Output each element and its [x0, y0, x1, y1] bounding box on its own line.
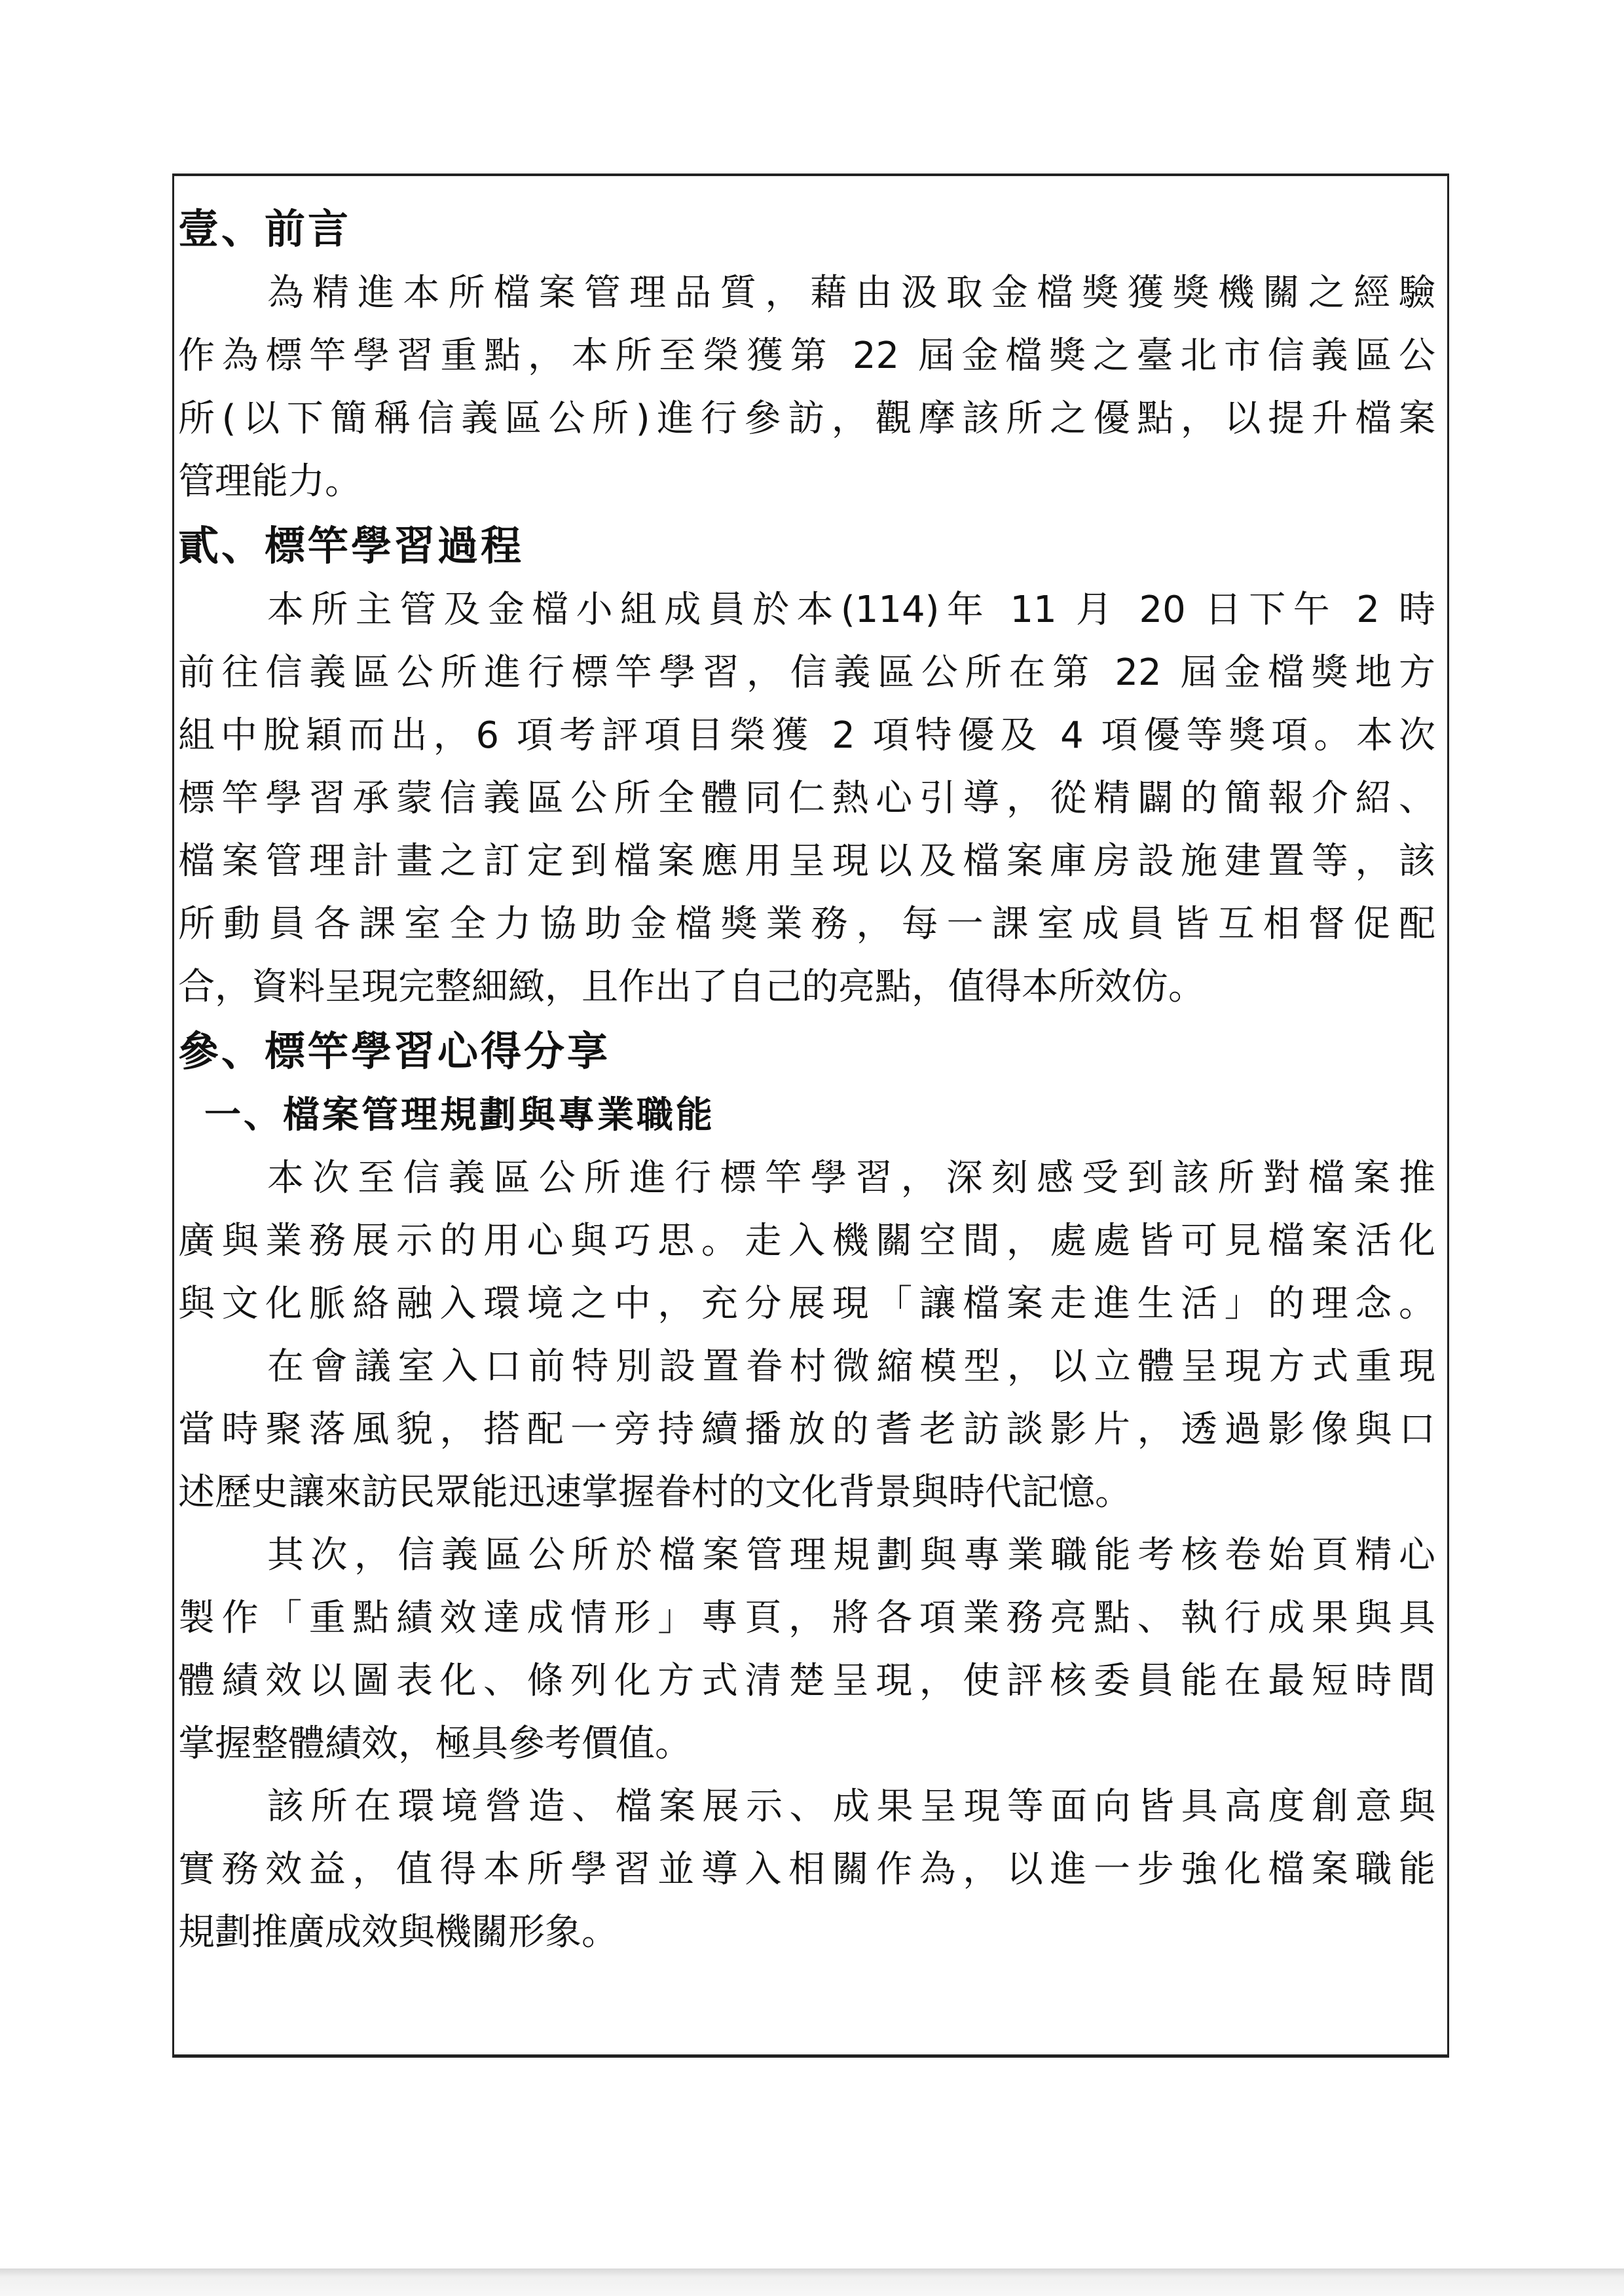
text-line: 合，資料呈現完整細緻，且作出了自己的亮點，值得本所效仿。	[178, 956, 1435, 1019]
document-body: 壹、前言 為精進本所檔案管理品質，藉由汲取金檔獎獲獎機關之經驗 作為標竿學習重點…	[178, 196, 1442, 1964]
text-line: 為精進本所檔案管理品質，藉由汲取金檔獎獲獎機關之經驗	[178, 262, 1435, 325]
text-line: 所(以下簡稱信義區公所)進行參訪，觀摩該所之優點，以提升檔案	[178, 388, 1435, 450]
text-line: 廣與業務展示的用心與巧思。走入機關空間，處處皆可見檔案活化	[178, 1210, 1435, 1273]
text-line: 作為標竿學習重點，本所至榮獲第 22 屆金檔獎之臺北市信義區公	[178, 325, 1435, 388]
process-paragraph: 本所主管及金檔小組成員於本(114)年 11 月 20 日下午 2 時 前往信義…	[178, 579, 1442, 1019]
text-line: 所動員各課室全力協助金檔獎業務，每一課室成員皆互相督促配	[178, 893, 1435, 956]
insights-paragraph-1: 本次至信義區公所進行標竿學習，深刻感受到該所對檔案推 廣與業務展示的用心與巧思。…	[178, 1147, 1442, 1336]
text-line: 體績效以圖表化、條列化方式清楚呈現，使評核委員能在最短時間	[178, 1650, 1435, 1713]
text-line: 該所在環境營造、檔案展示、成果呈現等面向皆具高度創意與	[178, 1776, 1435, 1838]
text-line: 檔案管理計畫之訂定到檔案應用呈現以及檔案庫房設施建置等，該	[178, 830, 1435, 893]
insights-paragraph-2: 在會議室入口前特別設置眷村微縮模型，以立體呈現方式重現 當時聚落風貌，搭配一旁持…	[178, 1336, 1442, 1524]
text-line: 本所主管及金檔小組成員於本(114)年 11 月 20 日下午 2 時	[178, 579, 1435, 642]
text-line: 當時聚落風貌，搭配一旁持續播放的耆老訪談影片，透過影像與口	[178, 1398, 1435, 1461]
text-line: 前往信義區公所進行標竿學習，信義區公所在第 22 屆金檔獎地方	[178, 642, 1435, 704]
subsection-heading-planning: 一、檔案管理規劃與專業職能	[178, 1084, 1442, 1147]
section-heading-insights: 參、標竿學習心得分享	[178, 1019, 1442, 1084]
text-line: 與文化脈絡融入環境之中，充分展現「讓檔案走進生活」的理念。	[178, 1273, 1435, 1336]
text-line: 其次，信義區公所於檔案管理規劃與專業職能考核卷始頁精心	[178, 1524, 1435, 1587]
preface-paragraph: 為精進本所檔案管理品質，藉由汲取金檔獎獲獎機關之經驗 作為標竿學習重點，本所至榮…	[178, 262, 1442, 513]
text-line: 規劃推廣成效與機關形象。	[178, 1901, 1435, 1964]
insights-paragraph-3: 其次，信義區公所於檔案管理規劃與專業職能考核卷始頁精心 製作「重點績效達成情形」…	[178, 1524, 1442, 1776]
text-line: 標竿學習承蒙信義區公所全體同仁熱心引導，從精闢的簡報介紹、	[178, 767, 1435, 830]
text-line: 述歷史讓來訪民眾能迅速掌握眷村的文化背景與時代記憶。	[178, 1461, 1435, 1524]
scan-bottom-edge	[0, 2269, 1624, 2296]
text-line: 製作「重點績效達成情形」專頁，將各項業務亮點、執行成果與具	[178, 1587, 1435, 1650]
section-heading-process: 貳、標竿學習過程	[178, 513, 1442, 579]
text-line: 在會議室入口前特別設置眷村微縮模型，以立體呈現方式重現	[178, 1336, 1435, 1398]
text-line: 實務效益，值得本所學習並導入相關作為，以進一步強化檔案職能	[178, 1838, 1435, 1901]
text-line: 管理能力。	[178, 450, 1435, 513]
insights-paragraph-4: 該所在環境營造、檔案展示、成果呈現等面向皆具高度創意與 實務效益，值得本所學習並…	[178, 1776, 1442, 1964]
text-line: 本次至信義區公所進行標竿學習，深刻感受到該所對檔案推	[178, 1147, 1435, 1210]
text-line: 組中脫穎而出，6 項考評項目榮獲 2 項特優及 4 項優等獎項。本次	[178, 704, 1435, 767]
text-line: 掌握整體績效，極具參考價值。	[178, 1713, 1435, 1776]
section-heading-preface: 壹、前言	[178, 196, 1442, 262]
